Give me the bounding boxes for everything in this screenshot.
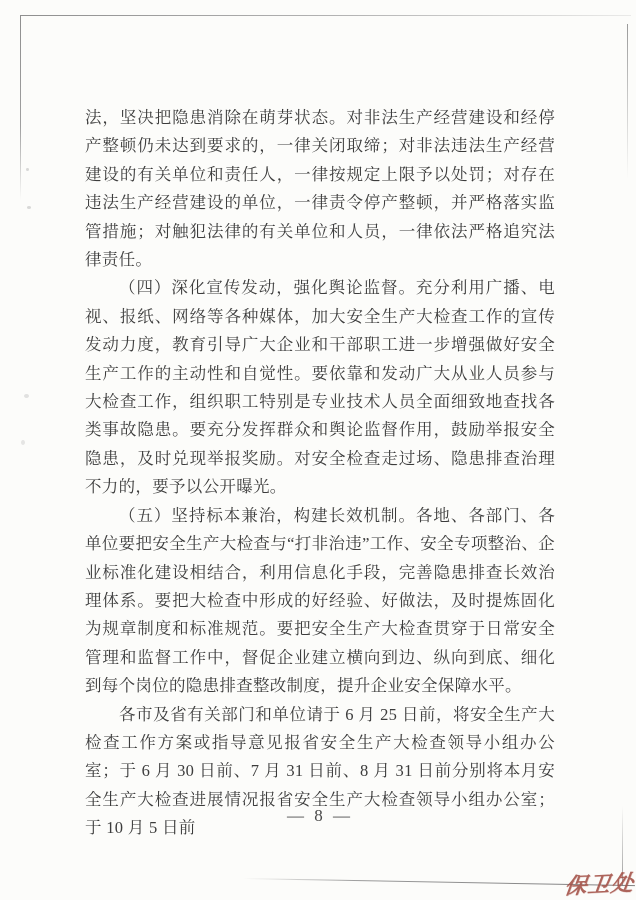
body-paragraph-section-4: （四）深化宣传发动，强化舆论监督。充分利用广播、电视、报纸、网络等各种媒体，加大… — [85, 274, 555, 501]
scan-speck — [21, 440, 25, 445]
body-paragraph-section-5: （五）坚持标本兼治，构建长效机制。各地、各部门、各单位要把安全生产大检查与“打非… — [85, 502, 555, 701]
scanned-document-page: 法，坚决把隐患消除在萌芽状态。对非法生产经营建设和经停产整顿仍未达到要求的，一律… — [0, 0, 636, 900]
document-body: 法，坚决把隐患消除在萌芽状态。对非法生产经营建设和经停产整顿仍未达到要求的，一律… — [85, 104, 555, 843]
scan-speck — [24, 394, 29, 398]
scan-edge-left — [20, 15, 21, 200]
page-number: — 8 — — [85, 806, 555, 826]
scan-speck — [26, 168, 29, 171]
department-stamp-text: 保卫处 — [563, 866, 636, 900]
scan-edge-right-top — [627, 24, 628, 179]
scan-speck — [27, 206, 31, 209]
body-paragraph-continuation: 法，坚决把隐患消除在萌芽状态。对非法生产经营建设和经停产整顿仍未达到要求的，一律… — [85, 104, 555, 274]
scan-edge-top — [21, 15, 631, 16]
